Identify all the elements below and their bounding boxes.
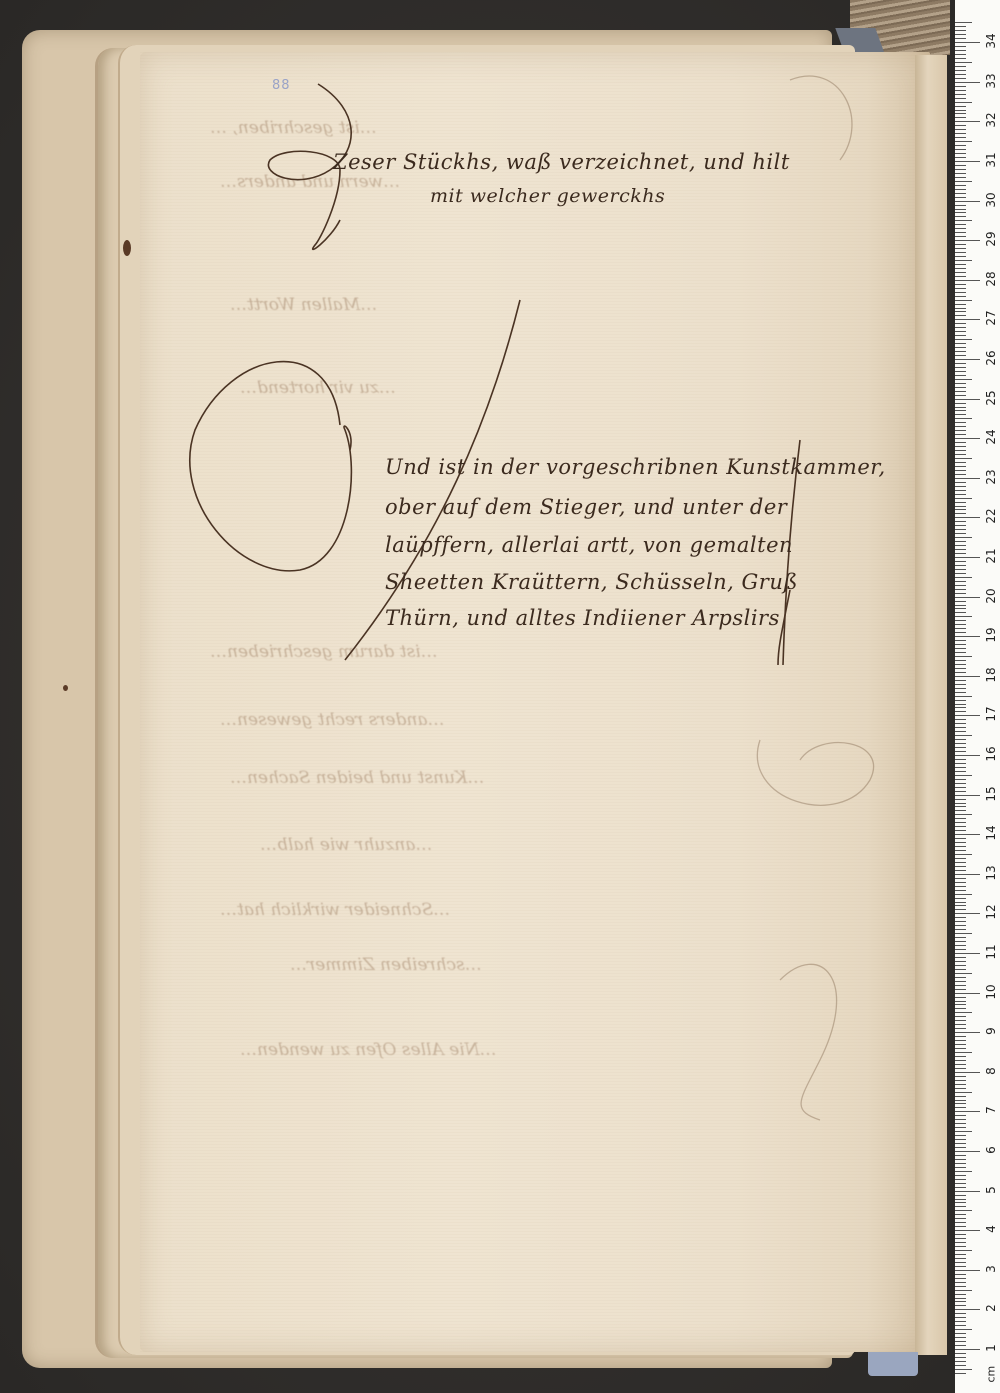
ruler-tick xyxy=(955,1092,972,1093)
ruler-tick xyxy=(955,1064,966,1065)
ruler-tick xyxy=(955,149,966,150)
ruler-tick xyxy=(955,137,966,138)
ruler-tick xyxy=(955,54,966,55)
ruler-tick xyxy=(955,359,980,360)
ruler-tick xyxy=(955,153,966,154)
ruler-tick xyxy=(955,1195,966,1196)
ruler-mark-label: 18 xyxy=(984,667,998,683)
ruler-tick xyxy=(955,1357,966,1358)
ruler-tick xyxy=(955,1020,966,1021)
ruler-tick xyxy=(955,462,966,463)
ruler-tick xyxy=(955,46,966,47)
ruler-tick xyxy=(955,66,966,67)
ruler-tick xyxy=(955,450,966,451)
ruler-tick xyxy=(955,438,980,439)
ruler-mark-label: 1 xyxy=(984,1340,998,1356)
ruler-tick xyxy=(955,26,966,27)
ruler-tick xyxy=(955,1179,966,1180)
ruler-tick xyxy=(955,997,966,998)
ruler-tick xyxy=(955,1127,966,1128)
ruler-tick xyxy=(955,145,966,146)
ruler-tick xyxy=(955,783,966,784)
ruler-mark-label: 16 xyxy=(984,746,998,762)
ruler-mark-label: 30 xyxy=(984,192,998,208)
ruler-tick xyxy=(955,521,966,522)
ruler-tick xyxy=(955,220,972,221)
ruler-tick xyxy=(955,466,966,467)
ruler-tick xyxy=(955,553,966,554)
ruler-tick xyxy=(955,181,972,182)
ruler-tick xyxy=(955,106,966,107)
ruler-tick xyxy=(955,1206,966,1207)
ruler-tick xyxy=(955,608,966,609)
ruler-tick xyxy=(955,905,966,906)
ruler-tick xyxy=(955,1230,980,1231)
ruler-tick xyxy=(955,648,966,649)
ruler-tick xyxy=(955,799,966,800)
ruler-tick xyxy=(955,941,966,942)
ruler-tick xyxy=(955,1317,966,1318)
ruler-mark-label: 17 xyxy=(984,706,998,722)
ruler-tick xyxy=(955,1238,966,1239)
ruler-tick xyxy=(955,1313,966,1314)
ruler-tick xyxy=(955,70,966,71)
ruler-tick xyxy=(955,1246,966,1247)
ruler-tick xyxy=(955,743,966,744)
ruler-tick xyxy=(955,1187,966,1188)
ruler-tick xyxy=(955,977,966,978)
ruler-tick xyxy=(955,989,966,990)
ruler-tick xyxy=(955,375,966,376)
ruler-tick xyxy=(955,1072,980,1073)
ruler-tick xyxy=(955,240,980,241)
ruler-tick xyxy=(955,1329,972,1330)
ruler-tick xyxy=(955,331,966,332)
ruler-tick xyxy=(955,371,966,372)
ruler-tick xyxy=(955,1088,966,1089)
ruler-tick xyxy=(955,1119,966,1120)
ruler-tick xyxy=(955,268,966,269)
ruler-tick xyxy=(955,565,966,566)
ruler-tick xyxy=(955,30,966,31)
ruler-tick xyxy=(955,763,966,764)
ruler-tick xyxy=(955,1107,966,1108)
ruler-tick xyxy=(955,917,966,918)
ruler-tick xyxy=(955,1103,966,1104)
ruler-tick xyxy=(955,1345,966,1346)
ruler-tick xyxy=(955,498,972,499)
ruler-tick xyxy=(955,506,966,507)
ruler-tick xyxy=(955,38,966,39)
ruler-tick xyxy=(955,1337,966,1338)
ruler-tick xyxy=(955,1012,972,1013)
ruler-tick xyxy=(955,205,966,206)
ruler-tick xyxy=(955,1044,966,1045)
ruler-tick xyxy=(955,248,966,249)
ruler-tick xyxy=(955,898,966,899)
ruler-tick xyxy=(955,1298,966,1299)
ruler-mark-label: 2 xyxy=(984,1300,998,1316)
ruler-tick xyxy=(955,110,966,111)
ruler-tick xyxy=(955,399,980,400)
ruler-tick xyxy=(955,323,966,324)
ruler-tick xyxy=(955,185,966,186)
entry-line-4: Sheetten Kraüttern, Schüsseln, Gruß xyxy=(385,570,798,594)
ruler-tick xyxy=(955,921,966,922)
ruler-tick xyxy=(955,86,966,87)
ruler-tick xyxy=(955,549,966,550)
ruler-tick xyxy=(955,430,966,431)
ruler-tick xyxy=(955,422,966,423)
ruler-tick xyxy=(955,965,966,966)
ruler-tick xyxy=(955,1369,972,1370)
ruler-tick xyxy=(955,624,966,625)
ruler-tick xyxy=(955,1068,966,1069)
ruler-tick xyxy=(955,244,966,245)
ruler-tick xyxy=(955,961,966,962)
ruler-tick xyxy=(955,981,966,982)
ruler-tick xyxy=(955,379,972,380)
ruler-tick xyxy=(955,810,966,811)
ruler-tick xyxy=(955,1052,972,1053)
ruler-tick xyxy=(955,216,966,217)
ruler-tick xyxy=(955,806,966,807)
ruler-tick xyxy=(955,50,966,51)
ruler-tick xyxy=(955,363,966,364)
ruler-tick xyxy=(955,1226,966,1227)
ruler-tick xyxy=(955,434,966,435)
ruler-tick xyxy=(955,581,966,582)
ruler-tick xyxy=(955,308,966,309)
ruler-tick xyxy=(955,1373,966,1374)
ruler-tick xyxy=(955,957,966,958)
ruler-mark-label: 10 xyxy=(984,984,998,1000)
ruler-tick xyxy=(955,490,966,491)
ruler-tick xyxy=(955,700,966,701)
ruler-tick xyxy=(955,1309,980,1310)
ruler-tick xyxy=(955,232,966,233)
ruler-tick xyxy=(955,969,966,970)
ruler-mark-label: 22 xyxy=(984,508,998,524)
ruler-tick xyxy=(955,1155,966,1156)
ruler-tick xyxy=(955,1341,966,1342)
ruler-tick xyxy=(955,288,966,289)
ruler-mark-label: 19 xyxy=(984,627,998,643)
ruler-tick xyxy=(955,1115,966,1116)
ruler-mark-label: 34 xyxy=(984,33,998,49)
ruler-tick xyxy=(955,446,966,447)
ruler-tick xyxy=(955,319,980,320)
ruler-tick xyxy=(955,209,966,210)
ruler-tick xyxy=(955,1266,966,1267)
ruler-mark-label: 20 xyxy=(984,588,998,604)
ruler-tick xyxy=(955,315,966,316)
ruler-tick xyxy=(955,993,980,994)
ruler-mark-label: 4 xyxy=(984,1221,998,1237)
ruler-tick xyxy=(955,886,966,887)
ruler-tick xyxy=(955,1282,966,1283)
ruler-tick xyxy=(955,672,966,673)
ruler-tick xyxy=(955,909,966,910)
ruler-tick xyxy=(955,1135,966,1136)
ruler-tick xyxy=(955,256,966,257)
ruler-tick xyxy=(955,1294,966,1295)
ruler-tick xyxy=(955,842,966,843)
cm-ruler: 1234567891011121314151617181920212223242… xyxy=(955,0,1000,1393)
calligraphic-flourishes xyxy=(0,0,1000,1393)
ruler-tick xyxy=(955,704,966,705)
ruler-tick xyxy=(955,834,980,835)
ruler-tick xyxy=(955,644,966,645)
ruler-tick xyxy=(955,1202,966,1203)
ruler-tick xyxy=(955,304,966,305)
ruler-tick xyxy=(955,803,966,804)
ruler-tick xyxy=(955,787,966,788)
ruler-mark-label: 27 xyxy=(984,310,998,326)
ruler-tick xyxy=(955,478,980,479)
ruler-tick xyxy=(955,620,966,621)
ruler-tick xyxy=(955,189,966,190)
ruler-tick xyxy=(955,707,966,708)
ruler-tick xyxy=(955,1258,966,1259)
ruler-tick xyxy=(955,937,966,938)
ruler-tick xyxy=(955,177,966,178)
ruler-tick xyxy=(955,1016,966,1017)
ruler-tick xyxy=(955,280,980,281)
ruler-tick xyxy=(955,652,966,653)
ruler-tick xyxy=(955,525,966,526)
ruler-tick xyxy=(955,494,966,495)
ruler-tick xyxy=(955,74,966,75)
ruler-tick xyxy=(955,311,966,312)
ruler-tick xyxy=(955,165,966,166)
ruler-tick xyxy=(955,985,966,986)
ruler-tick xyxy=(955,34,966,35)
ruler-tick xyxy=(955,407,966,408)
ruler-tick xyxy=(955,327,966,328)
ruler-tick xyxy=(955,779,966,780)
ruler-tick xyxy=(955,616,972,617)
ruler-tick xyxy=(955,1111,980,1112)
ruler-tick xyxy=(955,1123,966,1124)
heading-line-1: Zeser Stückhs, waß verzeichnet, und hilt xyxy=(333,150,790,174)
ruler-tick xyxy=(955,228,966,229)
ruler-tick xyxy=(955,1210,972,1211)
ruler-tick xyxy=(955,1048,966,1049)
ruler-tick xyxy=(955,1199,966,1200)
ruler-tick xyxy=(955,1301,966,1302)
ruler-tick xyxy=(955,529,966,530)
ruler-mark-label: 11 xyxy=(984,944,998,960)
ruler-tick xyxy=(955,680,966,681)
ruler-tick xyxy=(955,585,966,586)
ruler-tick xyxy=(955,90,966,91)
ruler-mark-label: 8 xyxy=(984,1063,998,1079)
ruler-tick xyxy=(955,276,966,277)
ruler-tick xyxy=(955,292,966,293)
ruler-tick xyxy=(955,1084,966,1085)
ruler-tick xyxy=(955,660,966,661)
ruler-tick xyxy=(955,454,966,455)
ruler-tick xyxy=(955,458,972,459)
ruler-tick xyxy=(955,747,966,748)
ruler-tick xyxy=(955,890,966,891)
ruler-mark-label: 29 xyxy=(984,231,998,247)
ruler-mark-label: 21 xyxy=(984,548,998,564)
ruler-tick xyxy=(955,1163,966,1164)
ruler-tick xyxy=(955,1024,966,1025)
ruler-tick xyxy=(955,1333,966,1334)
ruler-tick xyxy=(955,791,966,792)
ruler-tick xyxy=(955,1076,966,1077)
ink-blot xyxy=(63,685,68,691)
ruler-tick xyxy=(955,22,972,23)
ruler-tick xyxy=(955,193,966,194)
ruler-tick xyxy=(955,113,966,114)
ruler-tick xyxy=(955,1004,966,1005)
ruler-tick xyxy=(955,545,966,546)
ruler-tick xyxy=(955,953,980,954)
ruler-unit-label: cm xyxy=(985,1367,998,1383)
ruler-tick xyxy=(955,739,966,740)
ruler-tick xyxy=(955,300,972,301)
ruler-tick xyxy=(955,442,966,443)
ruler-tick xyxy=(955,846,966,847)
ruler-tick xyxy=(955,569,966,570)
ruler-tick xyxy=(955,775,972,776)
ruler-mark-label: 6 xyxy=(984,1142,998,1158)
ruler-tick xyxy=(955,1056,966,1057)
ruler-tick xyxy=(955,513,966,514)
ruler-tick xyxy=(955,929,966,930)
ruler-tick xyxy=(955,759,966,760)
ruler-tick xyxy=(955,129,966,130)
ruler-tick xyxy=(955,1008,966,1009)
heading-line-2: mit welcher gewerckhs xyxy=(430,185,665,207)
ruler-tick xyxy=(955,403,966,404)
ruler-tick xyxy=(955,1214,966,1215)
ruler-tick xyxy=(955,486,966,487)
ruler-tick xyxy=(955,169,966,170)
ruler-tick xyxy=(955,391,966,392)
ruler-tick xyxy=(955,577,972,578)
ruler-tick xyxy=(955,826,966,827)
ruler-tick xyxy=(955,727,966,728)
ruler-tick xyxy=(955,632,966,633)
ruler-mark-label: 24 xyxy=(984,429,998,445)
ruler-tick xyxy=(955,949,966,950)
ruler-tick xyxy=(955,1036,966,1037)
ruler-tick xyxy=(955,882,966,883)
ruler-mark-label: 9 xyxy=(984,1023,998,1039)
ruler-tick xyxy=(955,973,972,974)
ruler-tick xyxy=(955,818,966,819)
ruler-tick xyxy=(955,58,966,59)
ruler-tick xyxy=(955,913,980,914)
ruler-tick xyxy=(955,264,966,265)
ruler-mark-label: 5 xyxy=(984,1182,998,1198)
ruler-tick xyxy=(955,751,966,752)
ruler-tick xyxy=(955,98,966,99)
ruler-tick xyxy=(955,260,972,261)
ruler-tick xyxy=(955,676,980,677)
ruler-tick xyxy=(955,1139,966,1140)
ruler-tick xyxy=(955,224,966,225)
ruler-tick xyxy=(955,42,980,43)
ruler-tick xyxy=(955,509,966,510)
ruler-tick xyxy=(955,822,966,823)
ruler-tick xyxy=(955,387,966,388)
ruler-mark-label: 25 xyxy=(984,390,998,406)
ruler-tick xyxy=(955,612,966,613)
ruler-tick xyxy=(955,482,966,483)
ruler-tick xyxy=(955,1175,966,1176)
ruler-tick xyxy=(955,605,966,606)
ruler-tick xyxy=(955,1080,966,1081)
ruler-tick xyxy=(955,656,972,657)
ruler-tick xyxy=(955,830,966,831)
ruler-tick xyxy=(955,212,966,213)
ruler-tick xyxy=(955,1151,980,1152)
ruler-tick xyxy=(955,573,966,574)
ruler-tick xyxy=(955,878,966,879)
ruler-tick xyxy=(955,1305,966,1306)
ruler-tick xyxy=(955,692,966,693)
ruler-tick xyxy=(955,688,966,689)
ruler-tick xyxy=(955,723,966,724)
ruler-tick xyxy=(955,1159,966,1160)
ruler-tick xyxy=(955,1349,980,1350)
ruler-tick xyxy=(955,1242,966,1243)
ruler-tick xyxy=(955,347,966,348)
ruler-tick xyxy=(955,1167,966,1168)
ruler-mark-label: 13 xyxy=(984,865,998,881)
ruler-tick xyxy=(955,414,966,415)
ruler-tick xyxy=(955,121,980,122)
ruler-tick xyxy=(955,731,966,732)
ruler-tick xyxy=(955,1218,966,1219)
ruler-tick xyxy=(955,1361,966,1362)
ruler-tick xyxy=(955,78,966,79)
ruler-tick xyxy=(955,933,972,934)
ruler-tick xyxy=(955,1171,972,1172)
ruler-mark-label: 12 xyxy=(984,904,998,920)
ruler-tick xyxy=(955,874,980,875)
ruler-tick xyxy=(955,814,972,815)
ruler-tick xyxy=(955,1147,966,1148)
ruler-tick xyxy=(955,771,966,772)
ruler-tick xyxy=(955,173,966,174)
ruler-tick xyxy=(955,133,966,134)
ruler-tick xyxy=(955,410,966,411)
ruler-tick xyxy=(955,684,966,685)
ruler-tick xyxy=(955,1262,966,1263)
ruler-tick xyxy=(955,838,966,839)
ruler-tick xyxy=(955,628,966,629)
ruler-tick xyxy=(955,601,966,602)
ruler-mark-label: 23 xyxy=(984,469,998,485)
ruler-tick xyxy=(955,201,980,202)
ruler-tick xyxy=(955,117,966,118)
ruler-tick xyxy=(955,533,966,534)
ruler-tick xyxy=(955,1032,980,1033)
ruler-tick xyxy=(955,1222,966,1223)
ruler-tick xyxy=(955,1040,966,1041)
ruler-tick xyxy=(955,502,966,503)
ruler-tick xyxy=(955,537,972,538)
ruler-tick xyxy=(955,395,966,396)
ruler-mark-label: 33 xyxy=(984,73,998,89)
